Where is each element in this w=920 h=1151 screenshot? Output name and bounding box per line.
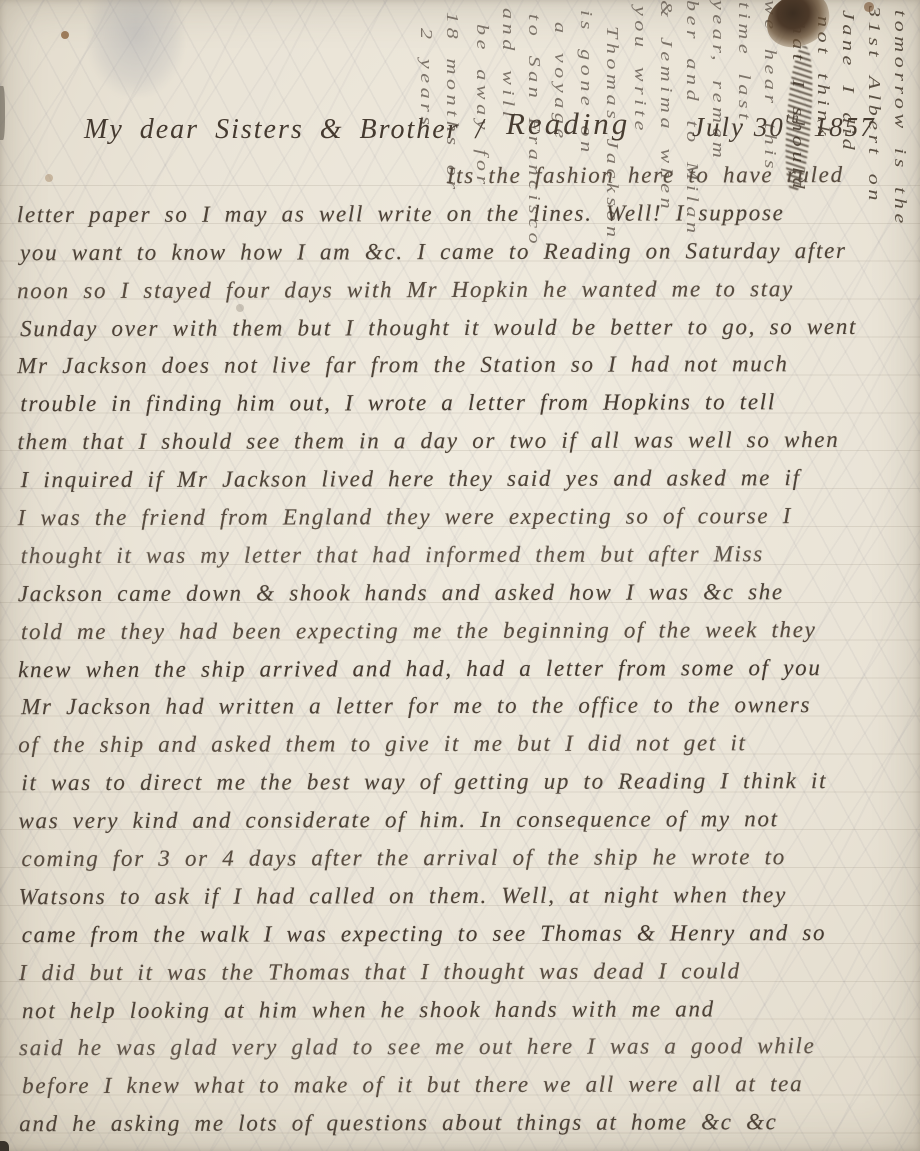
- letter-line: Mr Jackson does not live far from the St…: [17, 347, 913, 387]
- letter-line: coming for 3 or 4 days after the arrival…: [21, 840, 917, 880]
- letter-line: Sunday over with them but I thought it w…: [20, 309, 916, 349]
- letter-line: of the ship and asked them to give it me…: [18, 726, 914, 766]
- date-ordinal: th: [786, 111, 801, 126]
- date-day-month: July 30: [692, 112, 785, 142]
- letter-line: before I knew what to make of it but the…: [22, 1067, 918, 1107]
- letter-line: was very kind and considerate of him. In…: [18, 802, 914, 842]
- date-line: July 30th1857: [692, 112, 876, 143]
- salutation: My dear Sisters & Brother /: [84, 114, 485, 146]
- letter-line: came from the walk I was expecting to se…: [22, 916, 918, 956]
- letter-line: noon so I stayed four days with Mr Hopki…: [17, 272, 913, 312]
- letter-line: I was the friend from England they were …: [18, 499, 914, 539]
- letter-line: thought it was my letter that had inform…: [21, 537, 917, 577]
- letter-header: My dear Sisters & Brother / Reading July…: [0, 0, 920, 170]
- letter-line: said he was glad very glad to see me out…: [19, 1029, 915, 1069]
- letter-line: and he asking me lots of questions about…: [19, 1105, 915, 1145]
- letter-line: Jackson came down & shook hands and aske…: [18, 575, 914, 615]
- letter-text: My dear Sisters & Brother / Reading July…: [0, 0, 920, 1151]
- letter-line: told me they had been expecting me the b…: [21, 613, 917, 653]
- letter-line: I did but it was the Thomas that I thoug…: [19, 954, 915, 994]
- date-year: 1857: [814, 112, 876, 142]
- letter-line: you want to know how I am &c. I came to …: [20, 234, 916, 274]
- letter-page: tomorrow is the 31st Albert on Jane I di…: [0, 0, 920, 1151]
- letter-line: Mr Jackson had written a letter for me t…: [21, 688, 917, 728]
- letter-line: it was to direct me the best way of gett…: [21, 764, 917, 804]
- letter-line: not help looking at him when he shook ha…: [22, 991, 918, 1031]
- letter-line: letter paper so I may as well write on t…: [17, 196, 913, 236]
- letter-line: Watsons to ask if I had called on them. …: [19, 878, 915, 918]
- letter-line: I inquired if Mr Jackson lived here they…: [21, 461, 917, 501]
- letter-line: knew when the ship arrived and had, had …: [18, 650, 914, 690]
- letter-line: Its the fashion here to have ruled: [20, 158, 916, 198]
- letter-line: them that I should see them in a day or …: [17, 423, 913, 463]
- letter-line: trouble in finding him out, I wrote a le…: [20, 385, 916, 425]
- place-name: Reading: [506, 106, 630, 142]
- letter-body: Its the fashion here to have ruled lette…: [17, 158, 916, 1145]
